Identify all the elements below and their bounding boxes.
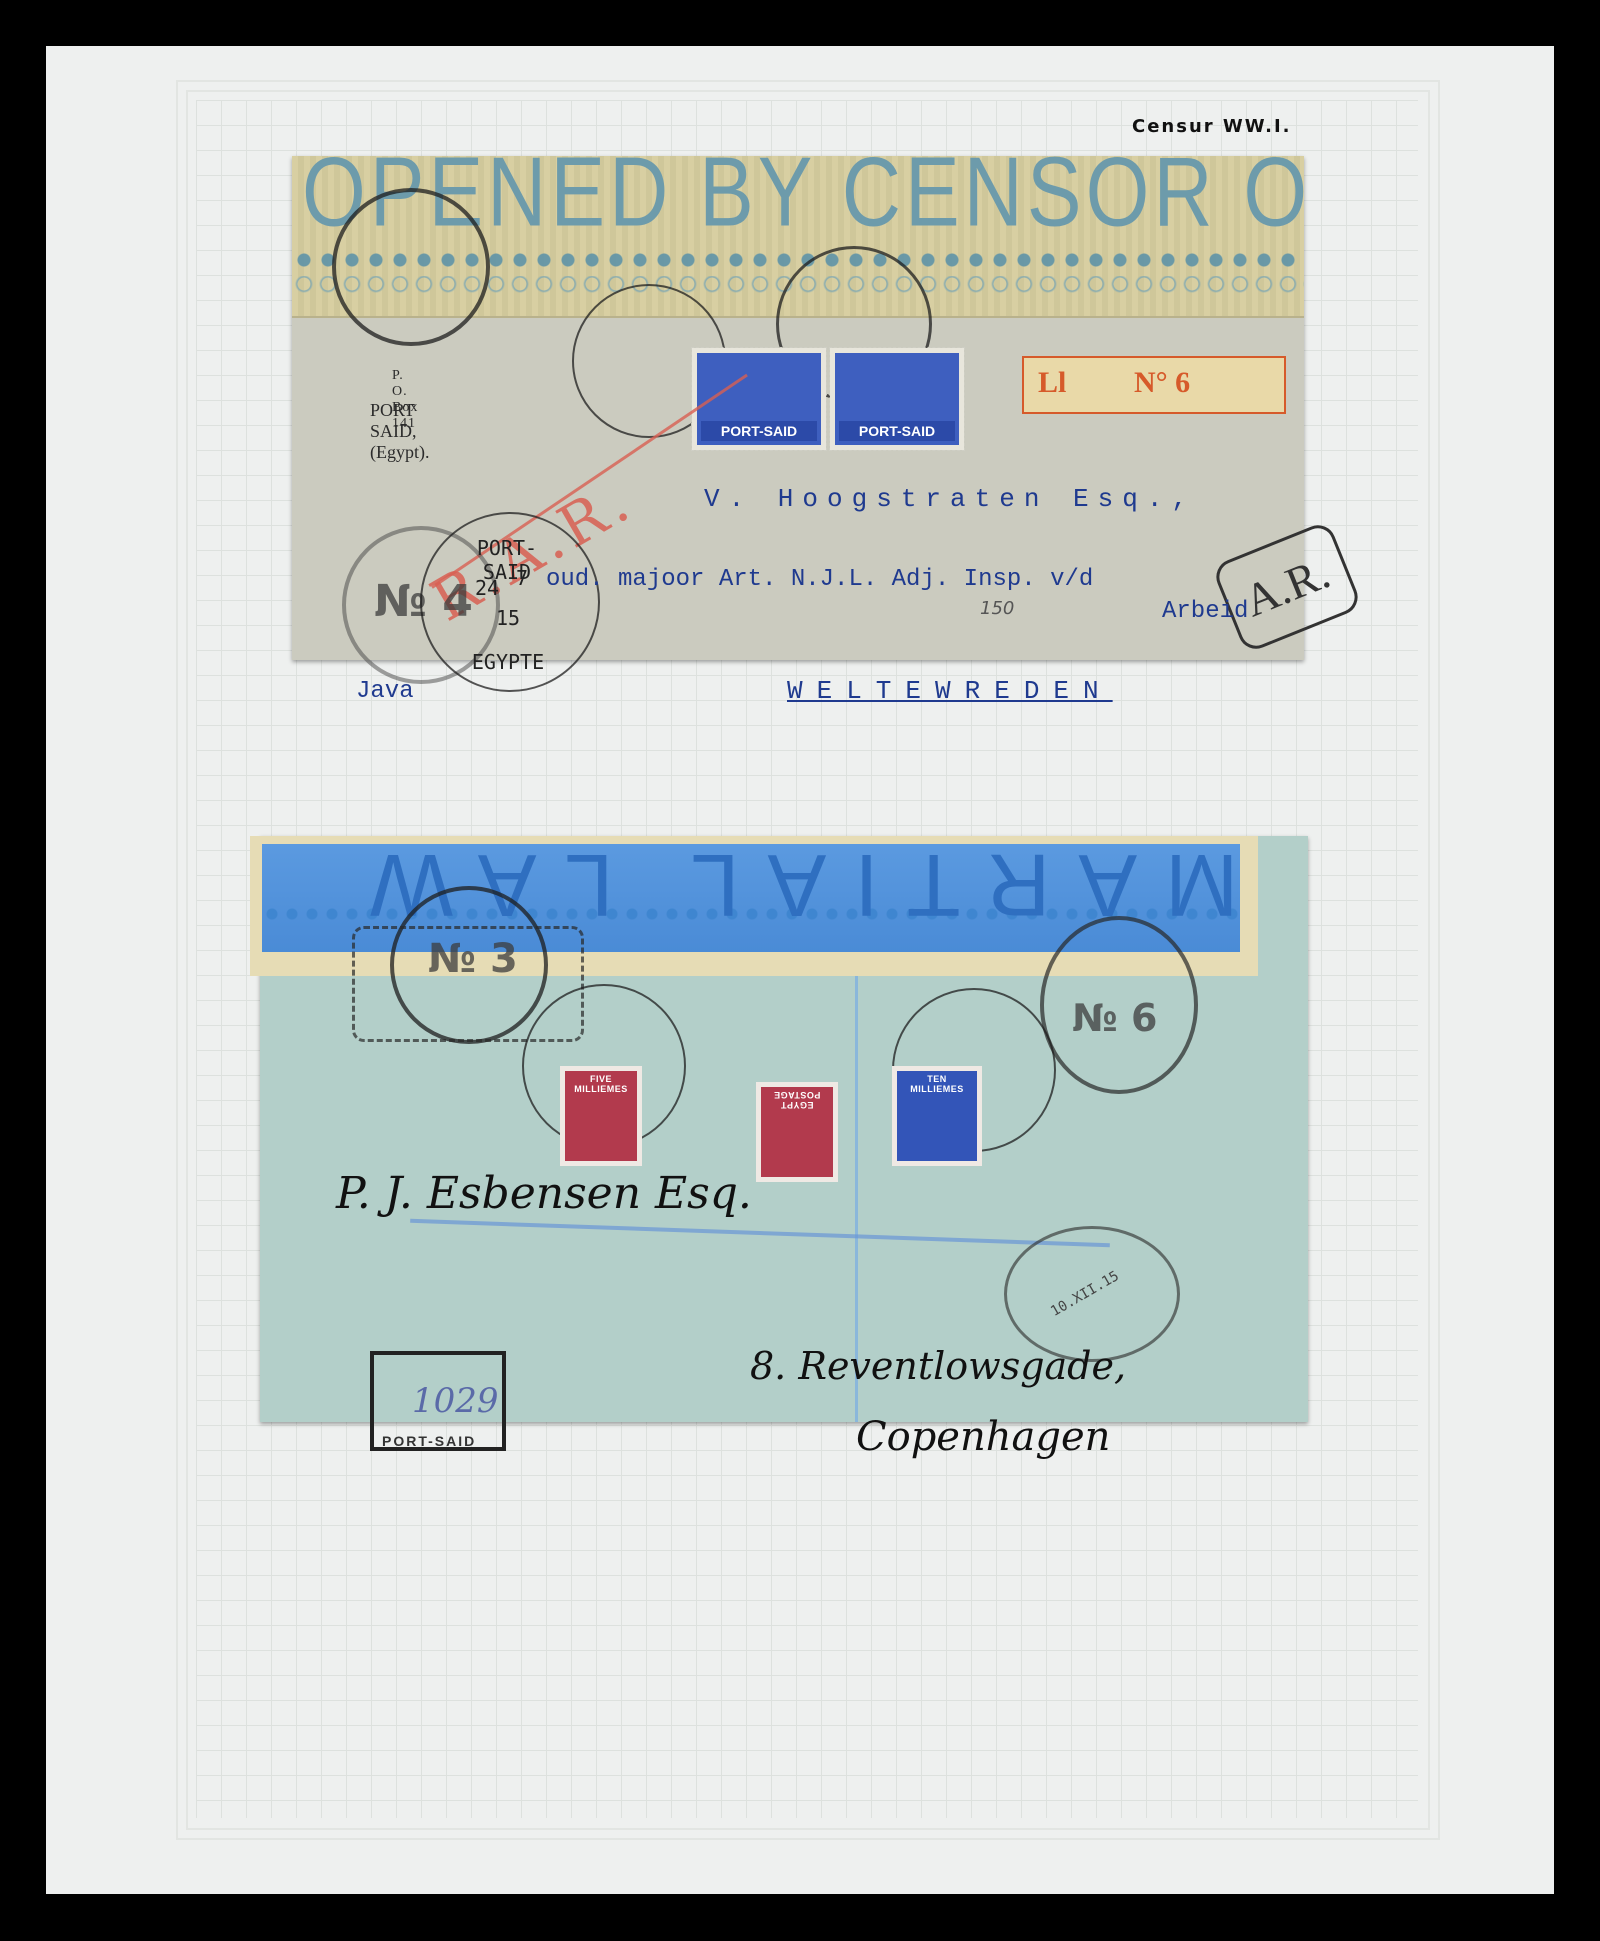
registration-number: N° 6	[1134, 366, 1190, 400]
censor-number: № 6	[1072, 996, 1157, 1040]
stamp-label: EGYPT POSTAGE	[765, 1090, 829, 1110]
postmark-month: 7	[507, 566, 537, 590]
stamp-five-milliemes-1: FIVE MILLIEMES	[560, 1066, 642, 1166]
price-pencil-note: 150	[980, 598, 1014, 619]
page-title-note: Censur WW.I.	[1132, 116, 1292, 137]
album-page: Censur WW.I. OPENED BY CENSOR OPENED BY …	[46, 46, 1554, 1894]
registration-city: PORT-SAID	[382, 1433, 476, 1449]
stamp-label: PORT-SAID	[701, 421, 817, 441]
stamp-label: TEN MILLIEMES	[901, 1074, 973, 1094]
address-country: Java	[356, 678, 414, 705]
postmark-country: EGYPTE	[458, 650, 558, 674]
address-name: P. J. Esbensen Esq.	[336, 1168, 752, 1219]
registration-prefix: Ll	[1038, 366, 1066, 400]
stamp-label: FIVE MILLIEMES	[569, 1074, 633, 1094]
address-title-cont: Arbeid	[1162, 598, 1248, 625]
address-title: oud. majoor Art. N.J.L. Adj. Insp. v/d	[546, 566, 1093, 593]
address-city: Copenhagen	[856, 1414, 1110, 1460]
stamp-label: PORT-SAID	[839, 421, 955, 441]
address-street: 8. Reventlowsgade,	[750, 1344, 1126, 1388]
registration-number: 1029	[412, 1381, 499, 1421]
address-name: V. Hoogstraten Esq.,	[704, 484, 1196, 514]
censor-postmark-top-left	[332, 188, 490, 346]
registration-label: Ll N° 6	[1022, 356, 1286, 414]
stamp-ten-milliemes: TEN MILLIEMES	[892, 1066, 982, 1166]
address-city: WELTEWREDEN	[787, 676, 1113, 706]
postmark-year: 15	[488, 606, 528, 630]
registration-box: 1029 PORT-SAID	[370, 1351, 506, 1451]
registration-crayon-line-horizontal	[410, 1219, 1110, 1247]
cover-copenhagen: MARTIAL LAW № 3 № 6 FIVE MILLIEMES EGYPT…	[260, 836, 1308, 1422]
postmark-day: 24	[467, 576, 507, 600]
stamp-five-milliemes-2-inverted: EGYPT POSTAGE	[756, 1082, 838, 1182]
stamp-port-said-2: PORT-SAID	[830, 348, 964, 450]
sender-city: PORT SAID, (Egypt).	[370, 400, 429, 463]
cover-java: OPENED BY CENSOR OPENED BY CENSOR P. O. …	[292, 156, 1304, 660]
